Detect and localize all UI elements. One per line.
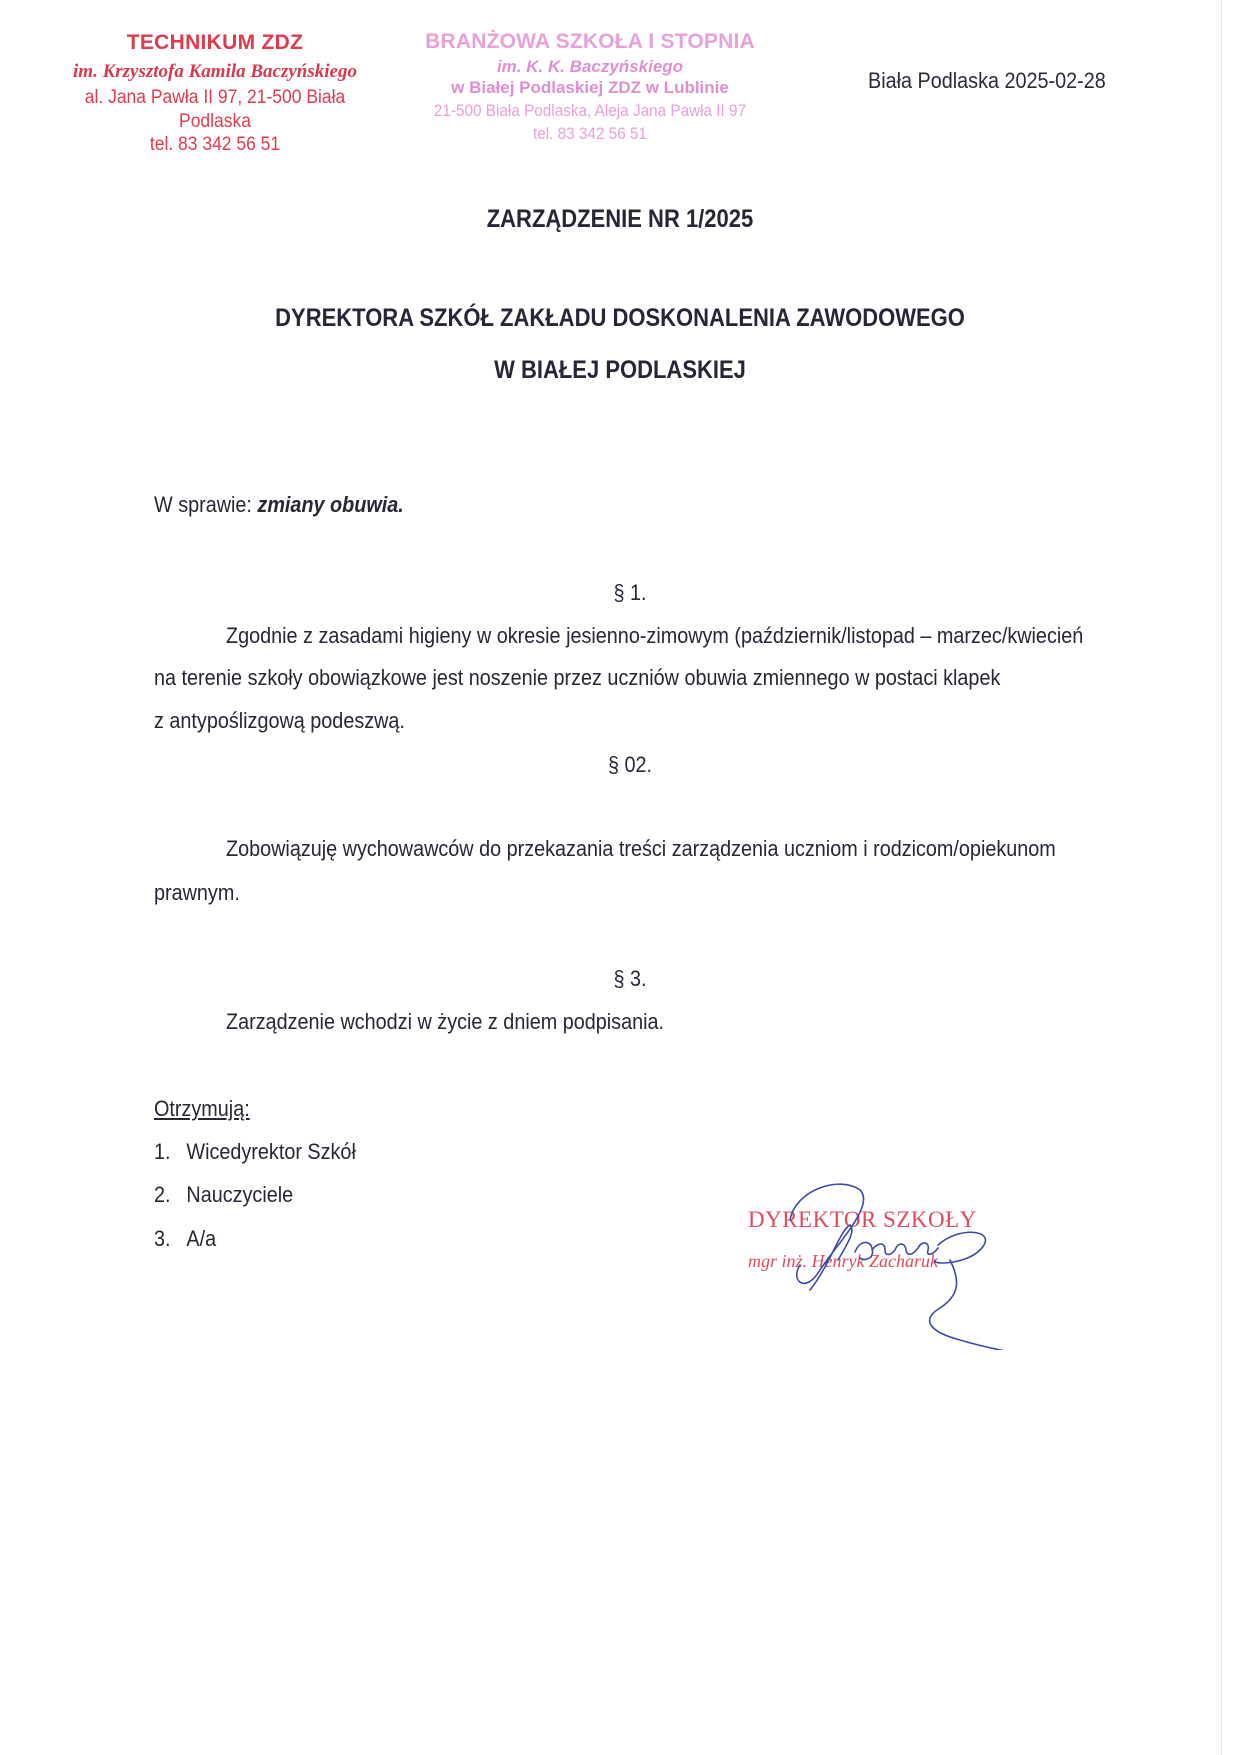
recipient-item: 1.Wicedyrektor Szkół [154, 1139, 356, 1165]
recipient-text: A/a [186, 1226, 216, 1251]
recipient-number: 2. [154, 1182, 186, 1208]
paragraph-2-line: Zobowiązuję wychowawców do przekazania t… [226, 836, 1056, 862]
handwritten-signature [760, 1170, 1020, 1350]
recipient-item: 2.Nauczyciele [154, 1182, 293, 1208]
stamp-patron: im. K. K. Baczyńskiego [415, 56, 765, 77]
recipient-number: 3. [154, 1226, 186, 1252]
recipient-number: 1. [154, 1139, 186, 1165]
recipient-item: 3.A/a [154, 1226, 216, 1252]
paragraph-1-line: Zgodnie z zasadami higieny w okresie jes… [226, 623, 1083, 649]
paragraph-1-line: na terenie szkoły obowiązkowe jest nosze… [154, 665, 1000, 691]
issuer-line-1: DYREKTORA SZKÓŁ ZAKŁADU DOSKONALENIA ZAW… [74, 304, 1165, 333]
paragraph-2-line: prawnym. [154, 880, 240, 906]
paragraph-mark-2: § 02. [72, 752, 1188, 778]
subject-line: W sprawie: zmiany obuwia. [154, 492, 404, 518]
stamp-phone: tel. 83 342 56 51 [433, 123, 748, 145]
branzowa-stamp: BRANŻOWA SZKOŁA I STOPNIA im. K. K. Bacz… [415, 28, 765, 145]
recipients-label: Otrzymują: [154, 1096, 250, 1122]
stamp-title: TECHNIKUM ZDZ [40, 28, 390, 58]
page-edge [1221, 0, 1222, 1755]
stamp-city: w Białej Podlaskiej ZDZ w Lublinie [415, 77, 765, 99]
recipient-text: Wicedyrektor Szkół [186, 1139, 355, 1164]
stamp-phone: tel. 83 342 56 51 [54, 134, 376, 156]
technikum-stamp: TECHNIKUM ZDZ im. Krzysztofa Kamila Bacz… [40, 28, 390, 156]
recipient-text: Nauczyciele [186, 1182, 293, 1207]
place-date: Biała Podlaska 2025-02-28 [868, 68, 1106, 94]
stamp-address: al. Jana Pawła II 97, 21-500 Biała Podla… [54, 86, 376, 134]
paragraph-1-line: z antypoślizgową podeszwą. [154, 708, 405, 734]
paragraph-3-line: Zarządzenie wchodzi w życie z dniem podp… [226, 1009, 664, 1035]
stamp-title: BRANŻOWA SZKOŁA I STOPNIA [415, 28, 765, 56]
subject-value: zmiany obuwia. [257, 492, 403, 517]
paragraph-mark-1: § 1. [72, 580, 1188, 606]
stamp-address: 21-500 Biała Podlaska, Aleja Jana Pawła … [433, 99, 748, 123]
subject-label: W sprawie: [154, 492, 257, 517]
order-number: ZARZĄDZENIE NR 1/2025 [74, 205, 1165, 234]
paragraph-mark-3: § 3. [72, 966, 1188, 992]
stamp-patron: im. Krzysztofa Kamila Baczyńskiego [40, 58, 390, 86]
issuer-line-2: W BIAŁEJ PODLASKIEJ [74, 356, 1165, 385]
